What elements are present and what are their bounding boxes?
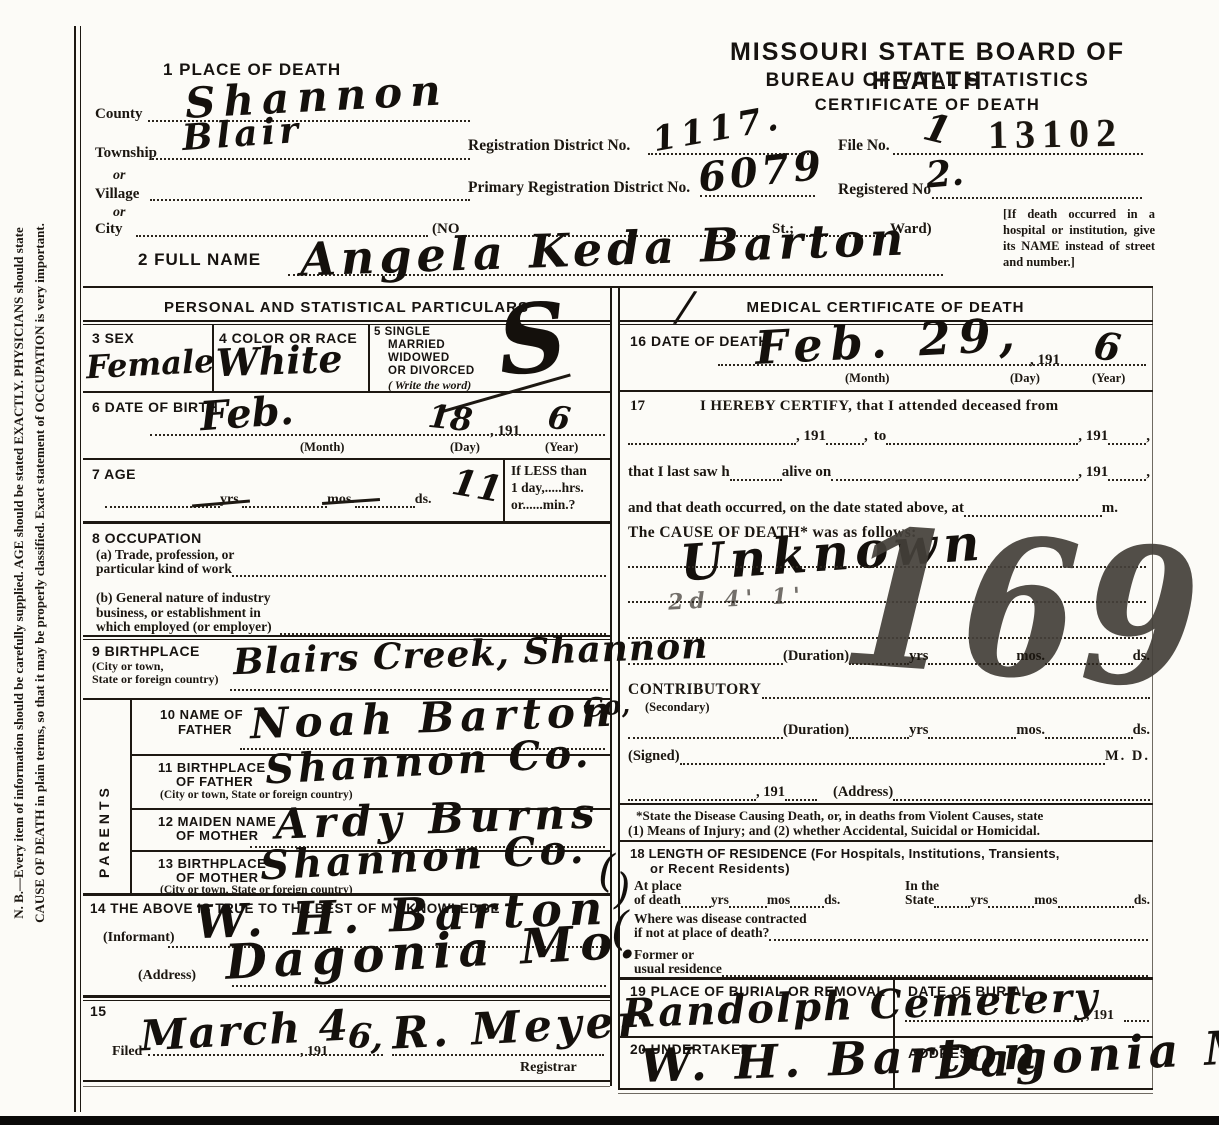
dod-label: 16 DATE OF DEATH bbox=[630, 333, 769, 349]
registrar-signature: R. Meyer bbox=[391, 999, 646, 1056]
dob-day-caption: (Day) bbox=[450, 440, 480, 455]
residence-dots bbox=[790, 892, 824, 908]
dob-line bbox=[150, 434, 605, 436]
duration-dots bbox=[849, 722, 909, 739]
marital-label-3: WIDOWED bbox=[388, 352, 450, 364]
full-name-label: 2 FULL NAME bbox=[138, 250, 261, 270]
mother-name-label1: 12 MAIDEN NAME bbox=[158, 814, 276, 829]
occupation-a2-line: particular kind of work bbox=[96, 561, 606, 577]
mother-name-label2: OF MOTHER bbox=[176, 828, 259, 843]
father-name-label2: FATHER bbox=[178, 722, 232, 737]
sex-value: Female bbox=[85, 345, 215, 384]
dob-month-value: Feb. bbox=[199, 391, 295, 437]
duration-dots bbox=[1045, 648, 1133, 665]
dob-day-value: 18 bbox=[426, 400, 474, 436]
signed-address-dots bbox=[893, 784, 1150, 801]
burial-date-label: DATE OF BURIAL bbox=[908, 984, 1030, 999]
filed-label: Filed bbox=[112, 1044, 142, 1060]
village-label: Village bbox=[95, 186, 139, 203]
parents-vertical-label: PARENTS bbox=[96, 718, 112, 878]
filed-year-digit: 6, bbox=[347, 1019, 385, 1055]
contracted-line: if not at place of death? bbox=[634, 925, 1148, 941]
certify-dots bbox=[886, 428, 1078, 445]
age-units-line: yrs. mos. ds. bbox=[105, 492, 432, 508]
dod-year-printed: , 191 bbox=[1030, 352, 1060, 369]
dod-value: Feb. 29, bbox=[754, 311, 1024, 371]
burial-date-line bbox=[905, 1020, 1083, 1022]
certify-line2: , 191 , to , 191 , bbox=[628, 428, 1150, 445]
certify-dots bbox=[628, 428, 796, 445]
printed-comma: , bbox=[864, 428, 868, 445]
contributory-label: CONTRIBUTORY bbox=[628, 681, 762, 699]
birthplace-sub2: State or foreign country) bbox=[92, 672, 219, 687]
burial-date-year: , 191 bbox=[1086, 1008, 1114, 1024]
death-certificate-scan: N. B.—Every item of information should b… bbox=[0, 0, 1219, 1125]
residence-ds: ds. bbox=[824, 892, 840, 908]
signed-dots bbox=[680, 748, 1105, 765]
age-ds-label: ds. bbox=[415, 492, 432, 508]
printed-comma: , bbox=[1146, 464, 1150, 481]
mother-bp-label1: 13 BIRTHPLACE bbox=[158, 856, 266, 871]
race-value: White bbox=[215, 340, 343, 382]
signed-line: (Signed) M. D. bbox=[628, 748, 1150, 765]
residence-yrs: yrs bbox=[970, 892, 988, 908]
duration-label: (Duration) bbox=[783, 722, 849, 739]
file-stamp: 13102 bbox=[988, 109, 1124, 158]
duration-dots bbox=[849, 648, 909, 665]
page-border-left-inner bbox=[80, 26, 81, 1112]
file-no-label: File No. bbox=[838, 137, 890, 155]
informant-label: (Informant) bbox=[103, 930, 175, 946]
age-subbox-divider bbox=[503, 458, 505, 521]
father-name-label1: 10 NAME OF bbox=[160, 707, 243, 722]
occupation-a-dots bbox=[232, 561, 606, 577]
residence-mos: mos bbox=[1034, 892, 1057, 908]
signed-date-dots bbox=[785, 784, 817, 801]
age-days-value: 11 bbox=[449, 464, 505, 508]
duration-ds: ds. bbox=[1133, 722, 1150, 739]
rule-under-row3 bbox=[83, 391, 610, 393]
page-border-left-outer bbox=[74, 26, 76, 1112]
in-state-label: State bbox=[905, 892, 934, 908]
dod-line bbox=[718, 364, 1146, 366]
duration-dots bbox=[628, 648, 783, 665]
primary-reg-label: Primary Registration District No. bbox=[468, 179, 690, 197]
dob-year-caption: (Year) bbox=[545, 440, 578, 455]
marital-label-4: OR DIVORCED bbox=[388, 365, 475, 377]
at-place-line: of death yrs mos ds. bbox=[634, 892, 884, 908]
right-col-bottom-rule2 bbox=[618, 1093, 1153, 1094]
parents-box-divider bbox=[130, 698, 132, 893]
dod-year-digit: 6 bbox=[1091, 326, 1122, 367]
age-less-line2: 1 day,.....hrs. bbox=[511, 480, 584, 496]
footnote-line2: (1) Means of Injury; and (2) whether Acc… bbox=[628, 823, 1040, 839]
dod-month-caption: (Month) bbox=[845, 371, 889, 386]
printed-comma: , bbox=[1146, 428, 1150, 445]
township-line bbox=[152, 158, 470, 160]
certify-dots bbox=[831, 464, 1078, 481]
dod-year-caption: (Year) bbox=[1092, 371, 1125, 386]
primary-reg-value: 6079 bbox=[696, 145, 827, 198]
certify-line3: that I last saw h alive on , 191 , bbox=[628, 464, 1150, 481]
residence-yrs: yrs bbox=[711, 892, 729, 908]
filed-line-2 bbox=[392, 1054, 604, 1056]
printed-191: , 191 bbox=[1078, 464, 1108, 481]
informant-address-line bbox=[232, 985, 606, 987]
mother-bp-label2: OF MOTHER bbox=[176, 870, 259, 885]
contracted-dots bbox=[769, 925, 1148, 941]
dod-day-caption: (Day) bbox=[1010, 371, 1040, 386]
filed-line-1 bbox=[148, 1054, 383, 1056]
marital-value: S bbox=[494, 289, 571, 390]
occupation-b1: (b) General nature of industry bbox=[96, 590, 271, 606]
occupation-a2: particular kind of work bbox=[96, 561, 232, 577]
contributory-dots bbox=[762, 681, 1151, 699]
duration-line-2: (Duration) yrs mos. ds. bbox=[628, 722, 1150, 739]
masthead-bureau: BUREAU OF VITAL STATISTICS bbox=[690, 70, 1165, 92]
certify-dots bbox=[1108, 464, 1146, 481]
hospital-note: [If death occurred in a hospital or inst… bbox=[1003, 206, 1155, 270]
registered-no-value: 2. bbox=[925, 154, 966, 193]
duration-label: (Duration) bbox=[783, 648, 849, 665]
duration-ds: ds. bbox=[1133, 648, 1150, 665]
or-word-2: or bbox=[113, 205, 125, 221]
township-label: Township bbox=[95, 145, 157, 162]
residence-label-1: 18 LENGTH OF RESIDENCE (For Hospitals, I… bbox=[630, 846, 1060, 861]
printed-191: , 191 bbox=[1078, 428, 1108, 445]
sex-label: 3 SEX bbox=[92, 330, 134, 346]
rule-under-dob bbox=[83, 458, 610, 460]
father-bp-label2: OF FATHER bbox=[176, 774, 253, 789]
residence-dots bbox=[729, 892, 767, 908]
village-line bbox=[150, 199, 470, 201]
dob-year-digit: 6 bbox=[546, 401, 573, 436]
printed-to: to bbox=[874, 428, 887, 445]
duration-yrs: yrs bbox=[909, 722, 928, 739]
filed-section-number: 15 bbox=[90, 1003, 107, 1019]
age-dots-2 bbox=[242, 492, 327, 508]
duration-dots bbox=[928, 648, 1016, 665]
residence-mos: mos bbox=[767, 892, 790, 908]
contributory-sub: (Secondary) bbox=[645, 700, 710, 715]
residence-label-2: or Recent Residents) bbox=[650, 861, 790, 876]
residence-dots bbox=[681, 892, 711, 908]
or-word-1: or bbox=[113, 168, 125, 184]
printed-191: , 191 bbox=[756, 784, 785, 801]
age-label: 7 AGE bbox=[92, 466, 136, 482]
signed-md-label: M. D. bbox=[1105, 748, 1150, 765]
reg-district-label: Registration District No. bbox=[468, 137, 630, 155]
duration-mos: mos. bbox=[1016, 722, 1045, 739]
city-label: City bbox=[95, 221, 123, 238]
duration-yrs: yrs bbox=[909, 648, 928, 665]
at-place-of-death: of death bbox=[634, 892, 681, 908]
in-state-line: State yrs mos ds. bbox=[905, 892, 1150, 908]
scan-edge-bar bbox=[0, 1116, 1219, 1125]
certify-dots bbox=[826, 428, 864, 445]
margin-note: N. B.—Every item of information should b… bbox=[8, 30, 50, 1116]
full-name-value: Angela Keda Barton bbox=[299, 215, 909, 282]
footnote-line1: *State the Disease Causing Death, or, in… bbox=[636, 808, 1043, 824]
contracted-label-2: if not at place of death? bbox=[634, 925, 769, 941]
race-marital-divider bbox=[368, 324, 370, 391]
rule-below-footnote bbox=[618, 840, 1153, 842]
printed-191: , 191 bbox=[796, 428, 826, 445]
residence-dots bbox=[934, 892, 970, 908]
margin-note-line1: N. B.—Every item of information should b… bbox=[8, 30, 29, 1116]
duration-line-1: (Duration) yrs mos. ds. bbox=[628, 648, 1150, 665]
left-col-bottom-rule bbox=[83, 1080, 610, 1082]
rule-under-informant1 bbox=[83, 995, 610, 998]
occupation-label: 8 OCCUPATION bbox=[92, 530, 202, 546]
duration-dots bbox=[928, 722, 1016, 739]
burial-date-line2 bbox=[1124, 1020, 1149, 1022]
certify-dots bbox=[1108, 428, 1146, 445]
duration-dots bbox=[628, 722, 783, 739]
certify-line1: I HEREBY CERTIFY, that I attended deceas… bbox=[700, 398, 1059, 415]
filed-year-printed: , 191 bbox=[300, 1044, 328, 1060]
registered-no-line bbox=[932, 197, 1142, 199]
contributory-line: CONTRIBUTORY bbox=[628, 681, 1150, 699]
dob-year-printed: , 191 bbox=[490, 423, 520, 440]
county-label: County bbox=[95, 106, 143, 123]
signed-date-dots bbox=[628, 784, 756, 801]
certify-dots bbox=[730, 464, 782, 481]
rule-under-dod bbox=[618, 390, 1153, 392]
margin-note-line2: CAUSE OF DEATH in plain terms, so that i… bbox=[29, 30, 50, 1116]
duration-mos: mos. bbox=[1016, 648, 1045, 665]
residence-ds: ds. bbox=[1134, 892, 1150, 908]
signed-label: (Signed) bbox=[628, 748, 680, 765]
age-less-line1: If LESS than bbox=[511, 463, 587, 479]
registered-no-label: Registered No bbox=[838, 181, 931, 199]
signed-address-label: (Address) bbox=[833, 784, 893, 801]
right-col-bottom-rule bbox=[618, 1088, 1153, 1090]
certify-saw-text: that I last saw h bbox=[628, 464, 730, 481]
certify-alive-text: alive on bbox=[782, 464, 832, 481]
registrar-label: Registrar bbox=[520, 1060, 577, 1076]
duration-dots bbox=[1045, 722, 1133, 739]
occupation-b3: which employed (or employer) bbox=[96, 619, 272, 635]
marital-label-2: MARRIED bbox=[388, 339, 445, 351]
former-label-2: usual residence bbox=[634, 961, 722, 977]
birthplace-label: 9 BIRTHPLACE bbox=[92, 643, 200, 659]
stray-paren-contracted: ( bbox=[611, 905, 629, 951]
informant-address-label: (Address) bbox=[138, 968, 196, 984]
rule-under-age bbox=[83, 521, 610, 524]
left-col-bottom-rule2 bbox=[83, 1086, 610, 1087]
marital-label-1: 5 SINGLE bbox=[374, 326, 430, 338]
signed-date-address-line: , 191 (Address) bbox=[628, 784, 1150, 801]
residence-dots bbox=[1058, 892, 1134, 908]
residence-dots bbox=[988, 892, 1034, 908]
dob-month-caption: (Month) bbox=[300, 440, 344, 455]
father-bp-label1: 11 BIRTHPLACE bbox=[158, 760, 266, 775]
certify-number: 17 bbox=[630, 398, 645, 415]
age-less-line3: or......min.? bbox=[511, 497, 575, 513]
township-value: Blair bbox=[181, 112, 303, 156]
rule-above-footnote bbox=[618, 803, 1153, 805]
